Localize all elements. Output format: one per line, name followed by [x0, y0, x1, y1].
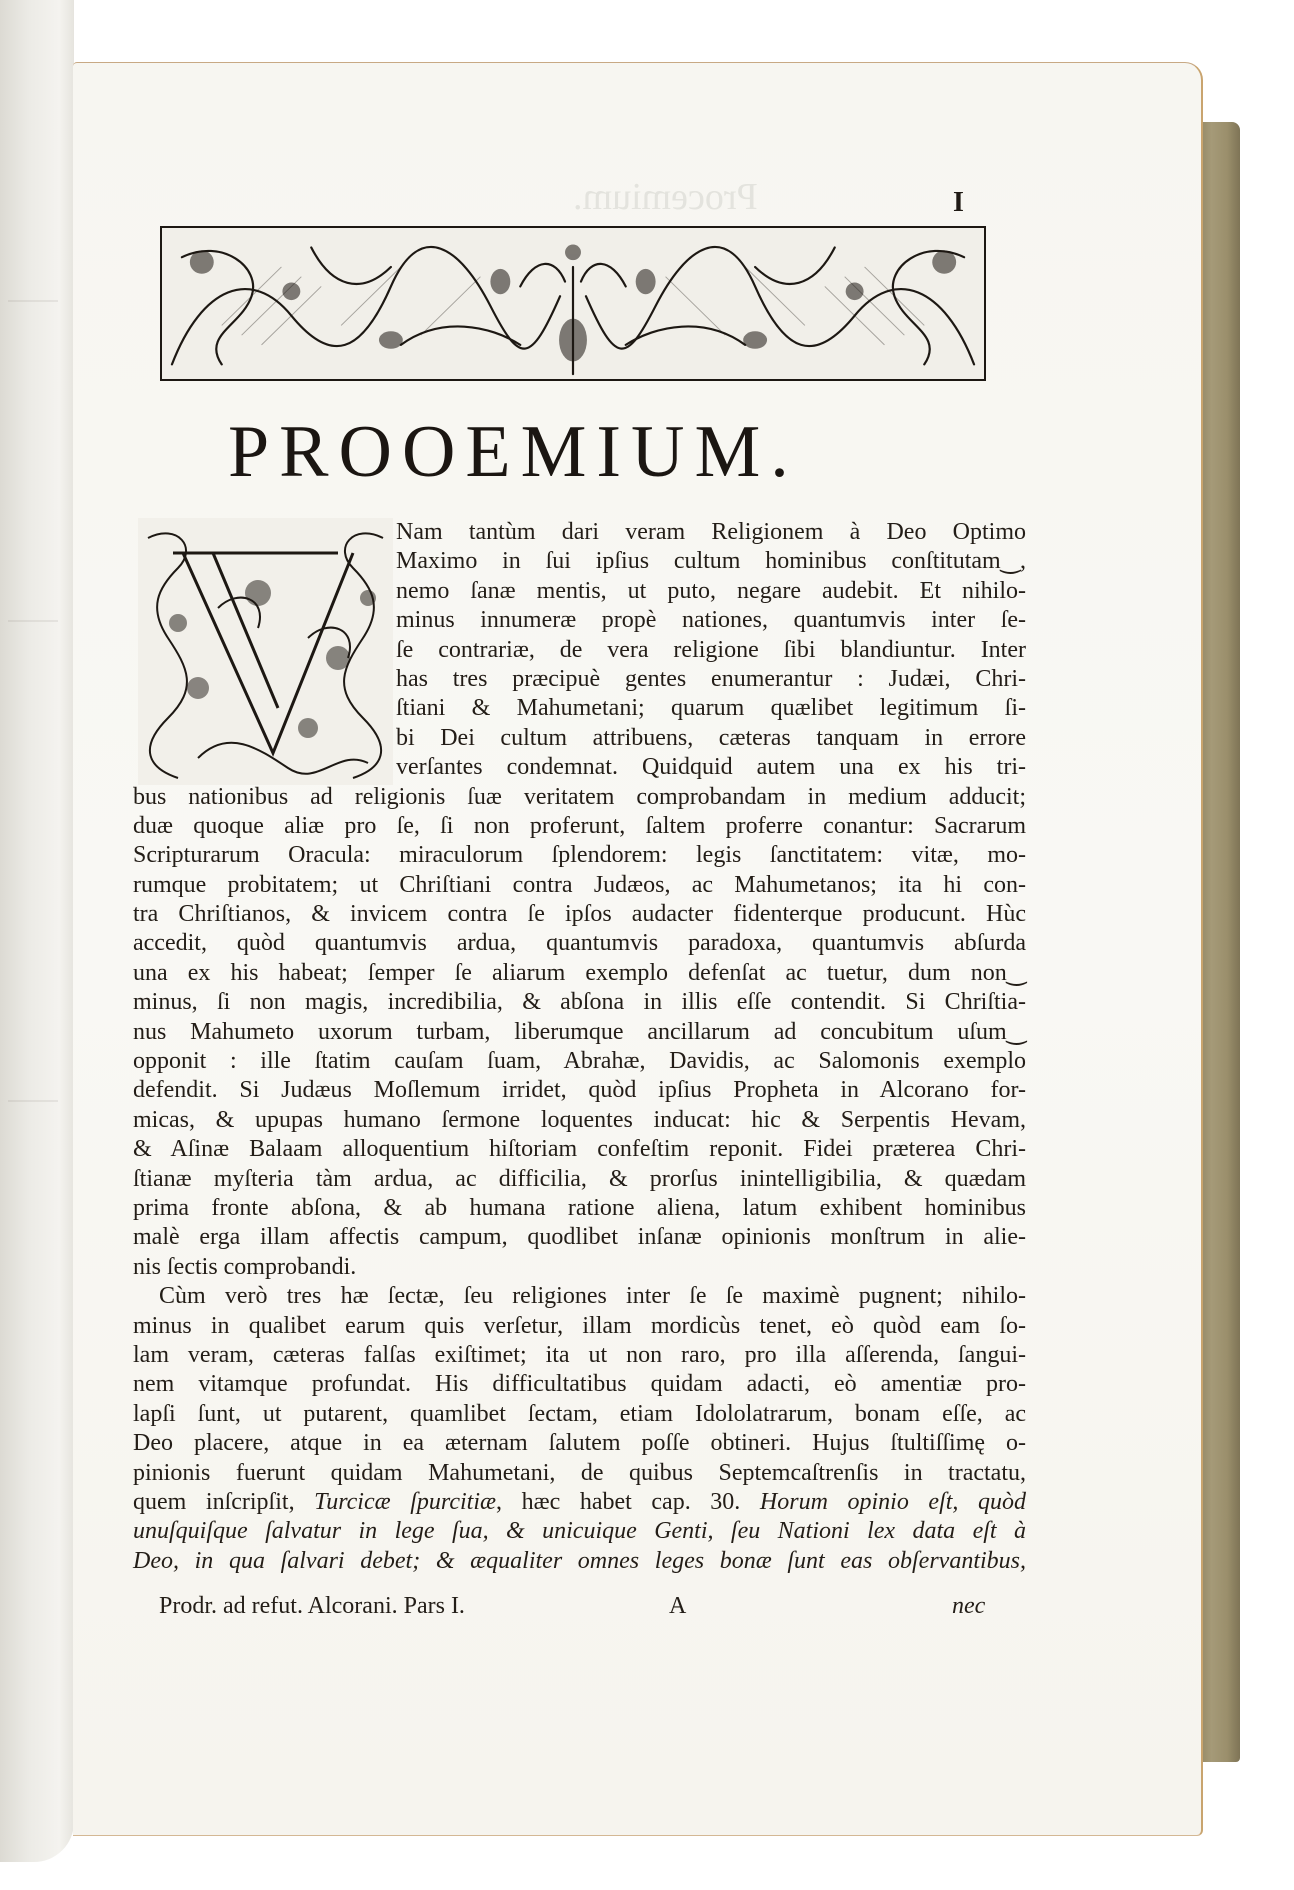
facing-left-page: [0, 0, 74, 1862]
text-line: verſantes condemnat. Quidquid autem una …: [396, 753, 1026, 782]
text-line: Maximo in ſui ipſius cultum hominibus co…: [396, 547, 1026, 576]
text-line: Scripturarum Oracula: miraculorum ſplend…: [133, 841, 1026, 870]
text-line: opponit : ille ſtatim cauſam ſuam, Abrah…: [133, 1047, 1026, 1076]
italic-text-line: Deo, in qua ſalvari debet; & æqualiter o…: [133, 1547, 1026, 1576]
text-line: prima fronte abſona, & ab humana ratione…: [133, 1194, 1026, 1223]
text-line: defendit. Si Judæus Moſlemum irridet, qu…: [133, 1076, 1026, 1105]
bleed-through-heading: Procemium.: [573, 175, 758, 219]
italic-title-span: Turcicæ ſpurcitiæ: [314, 1489, 496, 1515]
text-line: nus Mahumeto uxorum turbam, liberumque a…: [133, 1018, 1026, 1047]
text-line: lam veram, cæteras falſas exiſtimet; ita…: [133, 1341, 1026, 1370]
text-span: quem inſcripſit,: [133, 1489, 314, 1515]
text-line: minus in qualibet earum quis verſetur, i…: [133, 1312, 1026, 1341]
page-number: I: [953, 187, 964, 219]
text-line: ſe contrariæ, de vera religione ſibi bla…: [396, 636, 1026, 665]
text-line: micas, & upupas humano ſermone loquentes…: [133, 1106, 1026, 1135]
text-line: Deo placere, atque in ea æternam ſalutem…: [133, 1429, 1026, 1458]
page-title: PROOEMIUM.: [228, 415, 799, 489]
body-text: Nam tantùm dari veram Religionem à Deo O…: [133, 518, 1026, 1576]
left-page-bleed: [8, 300, 58, 302]
text-line: Nam tantùm dari veram Religionem à Deo O…: [396, 518, 1026, 547]
mixed-text-line: quem inſcripſit, Turcicæ ſpurcitiæ, hæc …: [133, 1488, 1026, 1517]
text-line: una ex his habeat; ſemper ſe aliarum exe…: [133, 959, 1026, 988]
left-page-bleed: [8, 620, 58, 622]
text-line: minus innumeræ propè nationes, quantumvi…: [396, 606, 1026, 635]
text-line: bi Dei cultum attribuens, cæteras tanqua…: [396, 724, 1026, 753]
book-page: Procemium. I: [73, 62, 1203, 1836]
running-title: Prodr. ad refut. Alcorani. Pars I.: [159, 1593, 465, 1620]
text-line: nem vitamque profundat. His difficultati…: [133, 1370, 1026, 1399]
text-line: duæ quoque aliæ pro ſe, ſi non proferunt…: [133, 812, 1026, 841]
italic-text-line: unuſquiſque ſalvatur in lege ſua, & unic…: [133, 1517, 1026, 1546]
text-line: nemo ſanæ mentis, ut puto, negare audebi…: [396, 577, 1026, 606]
text-line: ſtiani & Mahumetani; quarum quælibet leg…: [396, 694, 1026, 723]
text-line: accedit, quòd quantumvis ardua, quantumv…: [133, 929, 1026, 958]
text-line: tra Chriſtianos, & invicem contra ſe ipſ…: [133, 900, 1026, 929]
text-line: has tres præcipuè gentes enumerantur : J…: [396, 665, 1026, 694]
text-line: rumque probitatem; ut Chriſtiani contra …: [133, 871, 1026, 900]
italic-quote-span: Horum opinio eſt, quòd: [760, 1489, 1026, 1515]
text-line: ſtianæ myſteria tàm ardua, ac difficilia…: [133, 1165, 1026, 1194]
signature-mark: A: [669, 1593, 686, 1620]
text-line: Cùm verò tres hæ ſectæ, ſeu religiones i…: [133, 1282, 1026, 1311]
text-line: minus, ſi non magis, incredibilia, & abſ…: [133, 988, 1026, 1017]
catchword: nec: [952, 1593, 985, 1620]
text-line: lapſi ſunt, ut putarent, quamlibet ſecta…: [133, 1400, 1026, 1429]
left-page-bleed: [8, 1100, 58, 1102]
text-span: , hæc habet cap. 30.: [496, 1489, 760, 1515]
text-line: bus nationibus ad religionis ſuæ veritat…: [133, 783, 1026, 812]
text-line: & Aſinæ Balaam alloquentium hiſtoriam co…: [133, 1135, 1026, 1164]
text-line: pinionis fuerunt quidam Mahumetani, de q…: [133, 1459, 1026, 1488]
text-line: nis ſectis comprobandi.: [133, 1253, 1026, 1282]
page-footer: Prodr. ad refut. Alcorani. Pars I. A nec: [159, 1593, 979, 1623]
woodcut-headpiece-ornament: [160, 226, 986, 381]
headpiece-icon: [162, 228, 984, 379]
text-line: malè erga illam affectis campum, quodlib…: [133, 1223, 1026, 1252]
